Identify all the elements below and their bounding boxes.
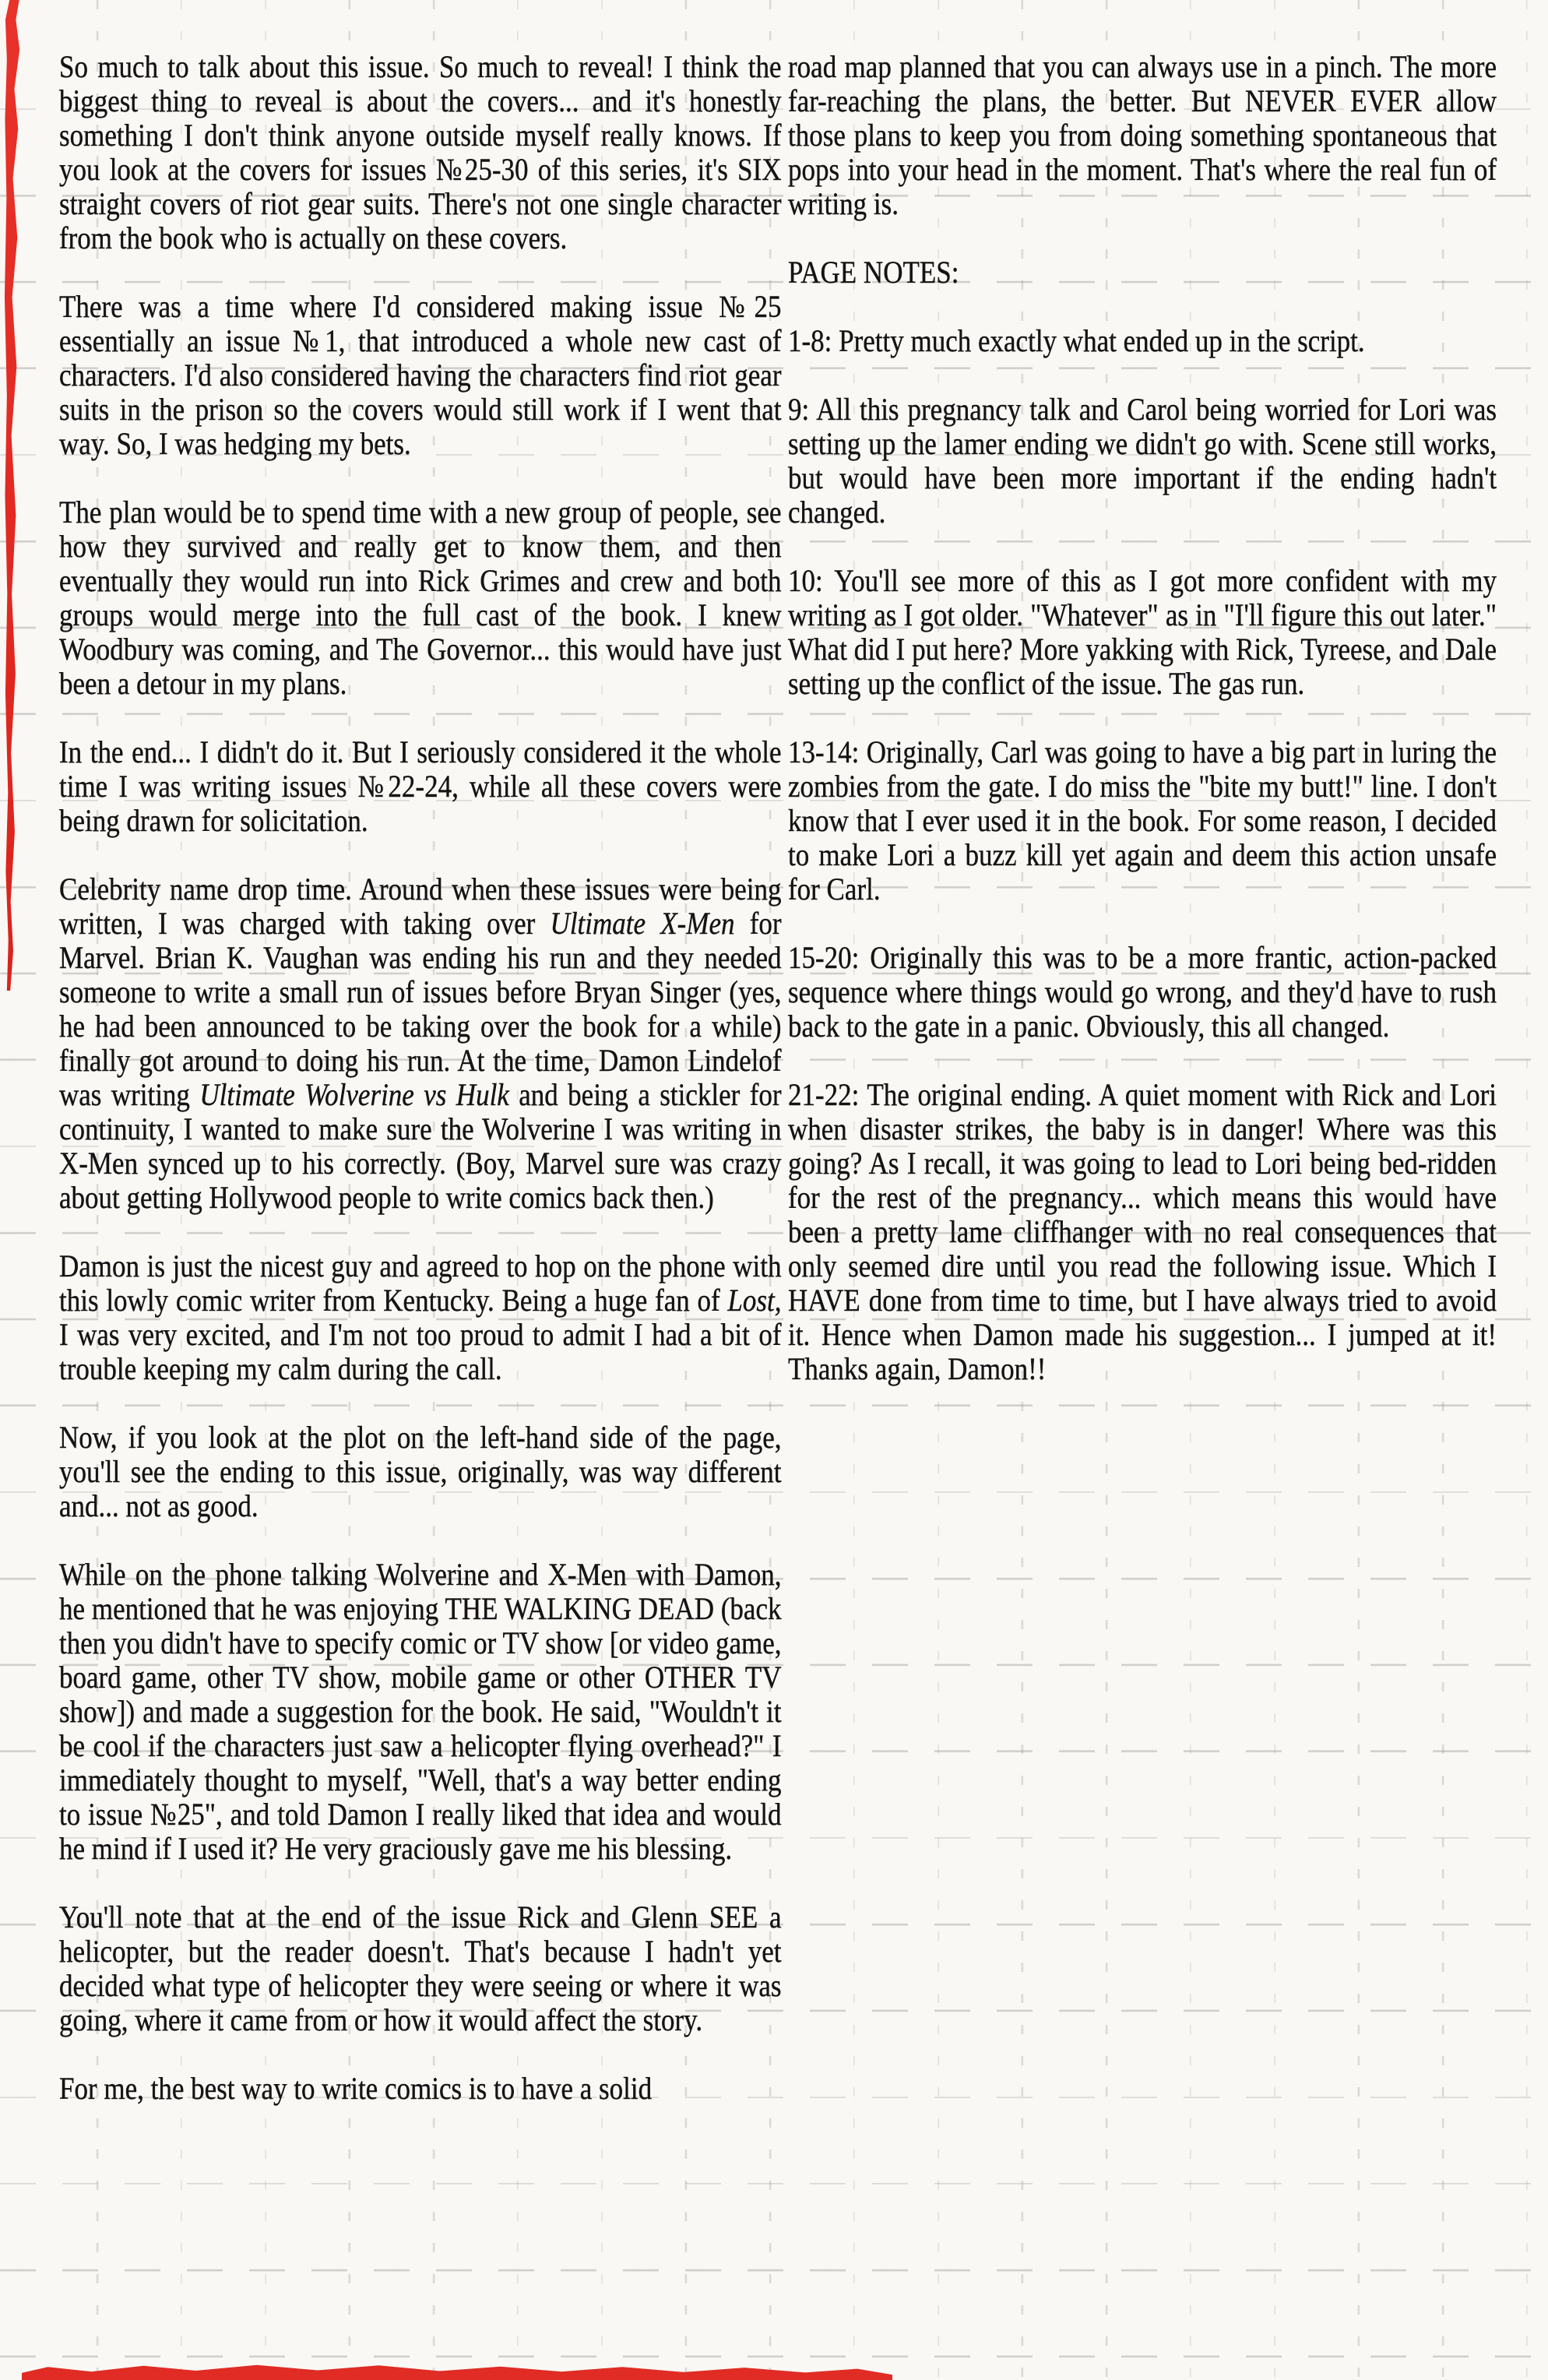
- paragraph: 1-8: Pretty much exactly what ended up i…: [788, 324, 1497, 358]
- body-text: 13-14: Originally, Carl was going to hav…: [788, 734, 1497, 907]
- paragraph: The plan would be to spend time with a n…: [59, 495, 782, 701]
- body-text: 1-8: Pretty much exactly what ended up i…: [788, 323, 1365, 358]
- body-text: So much to talk about this issue. So muc…: [59, 49, 782, 255]
- right-column: road map planned that you can always use…: [788, 50, 1497, 1421]
- body-text: There was a time where I'd considered ma…: [59, 289, 782, 461]
- body-text: While on the phone talking Wolverine and…: [59, 1557, 782, 1866]
- body-text: road map planned that you can always use…: [788, 49, 1497, 221]
- paragraph: road map planned that you can always use…: [788, 50, 1497, 221]
- body-text: Now, if you look at the plot on the left…: [59, 1420, 782, 1523]
- paragraph: 10: You'll see more of this as I got mor…: [788, 564, 1497, 701]
- paragraph: 9: All this pregnancy talk and Carol bei…: [788, 393, 1497, 530]
- paragraph: In the end... I didn't do it. But I seri…: [59, 735, 782, 838]
- body-text: 9: All this pregnancy talk and Carol bei…: [788, 392, 1497, 530]
- italic-title-text: Ultimate Wolverine vs Hulk: [199, 1077, 508, 1112]
- paragraph: Celebrity name drop time. Around when th…: [59, 872, 782, 1215]
- body-text: For me, the best way to write comics is …: [59, 2071, 652, 2106]
- italic-title-text: Ultimate X-Men: [551, 906, 735, 941]
- torn-red-edge-left: [4, 0, 23, 991]
- paragraph: Now, if you look at the plot on the left…: [59, 1421, 782, 1523]
- paragraph: 13-14: Originally, Carl was going to hav…: [788, 735, 1497, 907]
- body-text: 10: You'll see more of this as I got mor…: [788, 563, 1497, 701]
- paragraph: Damon is just the nicest guy and agreed …: [59, 1249, 782, 1386]
- body-text: The plan would be to spend time with a n…: [59, 495, 782, 701]
- paragraph: So much to talk about this issue. So muc…: [59, 50, 782, 255]
- body-text: In the end... I didn't do it. But I seri…: [59, 734, 782, 838]
- body-text: PAGE NOTES:: [788, 255, 959, 290]
- torn-red-edge-bottom: [22, 2361, 892, 2380]
- left-column: So much to talk about this issue. So muc…: [59, 50, 782, 2140]
- paragraph: 15-20: Originally this was to be a more …: [788, 941, 1497, 1044]
- italic-title-text: Lost,: [727, 1283, 781, 1318]
- body-text: You'll note that at the end of the issue…: [59, 1899, 782, 2037]
- paragraph: You'll note that at the end of the issue…: [59, 1900, 782, 2037]
- body-text: 15-20: Originally this was to be a more …: [788, 940, 1497, 1044]
- page-notes-heading: PAGE NOTES:: [788, 255, 1497, 290]
- body-text: I was very excited, and I'm not too prou…: [59, 1317, 782, 1386]
- body-text: 21-22: The original ending. A quiet mome…: [788, 1077, 1497, 1386]
- paragraph: While on the phone talking Wolverine and…: [59, 1558, 782, 1866]
- paragraph: 21-22: The original ending. A quiet mome…: [788, 1078, 1497, 1386]
- paragraph: There was a time where I'd considered ma…: [59, 290, 782, 461]
- body-text: Damon is just the nicest guy and agreed …: [59, 1248, 782, 1318]
- paragraph: For me, the best way to write comics is …: [59, 2072, 782, 2106]
